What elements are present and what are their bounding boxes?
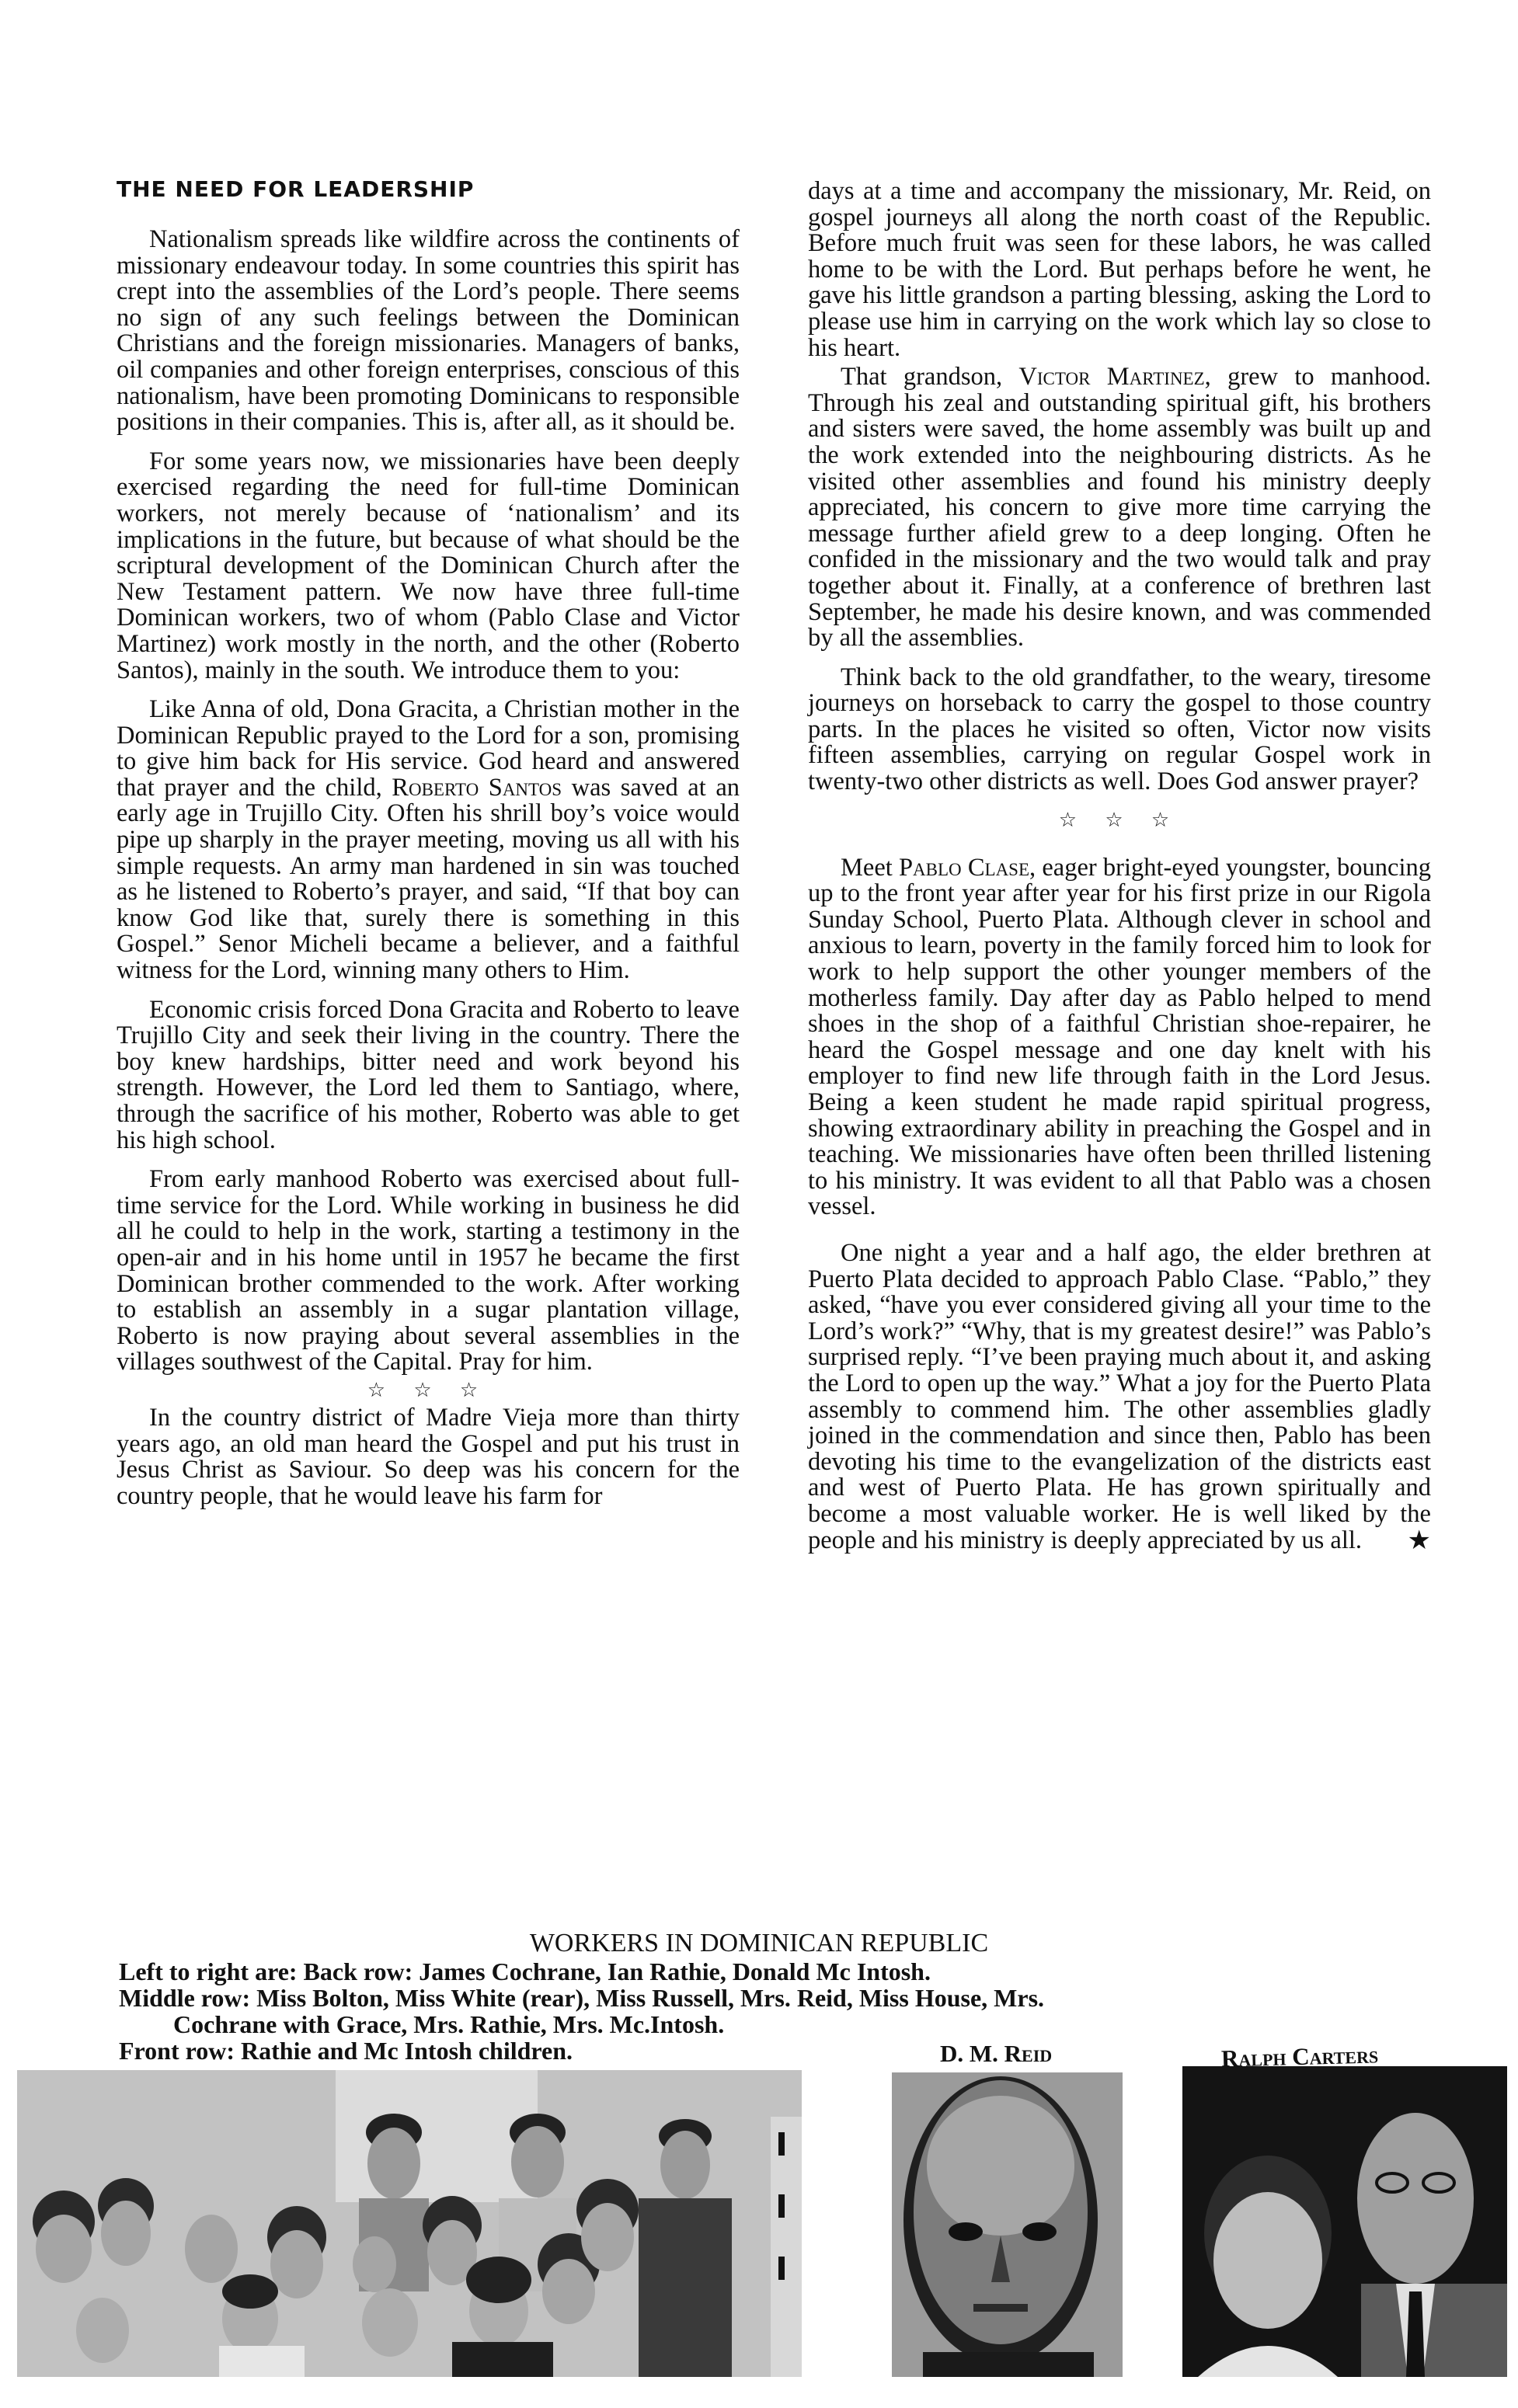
caption-middle-row: Middle row: Miss Bolton, Miss White (rea…: [119, 1985, 1362, 2011]
paragraph-pablo-commendation: One night a year and a half ago, the eld…: [808, 1241, 1431, 1554]
name-pablo-clase: Pablo Clase: [899, 854, 1029, 882]
photo-caption-title: WORKERS IN DOMINICAN REPUBLIC: [0, 1930, 1518, 1957]
paragraph-think-back: Think back to the old grandfather, to th…: [808, 665, 1431, 795]
paragraph-economic-crisis: Economic crisis forced Dona Gracita and …: [117, 997, 740, 1154]
paragraph-nationalism: Nationalism spreads like wildfire across…: [117, 227, 740, 436]
right-column: days at a time and accompany the mission…: [808, 179, 1431, 1567]
name-victor-martinez: Victor Martinez: [1018, 363, 1204, 391]
article-heading: THE NEED FOR LEADERSHIP: [117, 179, 740, 200]
left-column: THE NEED FOR LEADERSHIP Nationalism spre…: [117, 179, 740, 1522]
caption-front-row: Front row: Rathie and Mc Intosh children…: [119, 2037, 1362, 2064]
caption-middle-row-continued: Cochrane with Grace, Mrs. Rathie, Mrs. M…: [119, 2011, 1362, 2037]
portrait-reid-illustration: [892, 2072, 1123, 2377]
portrait-photo-ralph-carters: [1182, 2066, 1507, 2377]
section-separator-stars: ☆ ☆ ☆: [808, 809, 1431, 832]
group-photo-illustration: [17, 2070, 802, 2377]
portrait-carters-illustration: [1182, 2066, 1507, 2377]
photo-label-reid: D. M. Reid: [940, 2040, 1052, 2068]
paragraph-pablo-clase: Meet Pablo Clase, eager bright-eyed youn…: [808, 855, 1431, 1220]
caption-back-row: Left to right are: Back row: James Cochr…: [119, 1958, 1362, 1985]
paragraph-roberto-childhood: Like Anna of old, Dona Gracita, a Christ…: [117, 697, 740, 984]
paragraph-madre-vieja: In the country district of Madre Vieja m…: [117, 1405, 740, 1509]
photo-caption: Left to right are: Back row: James Cochr…: [119, 1958, 1362, 2064]
name-roberto-santos: Roberto Santos: [392, 774, 562, 802]
group-photo-workers: [17, 2070, 802, 2377]
paragraph-grandfather-journeys: days at a time and accompany the mission…: [808, 179, 1431, 361]
paragraph-missionaries-exercised: For some years now, we missionaries have…: [117, 449, 740, 684]
paragraph-victor-martinez: That grandson, Victor Martinez, grew to …: [808, 364, 1431, 652]
section-separator-stars: ☆ ☆ ☆: [117, 1379, 740, 1402]
portrait-photo-d-m-reid: [892, 2072, 1123, 2377]
end-of-article-star-icon: ★: [1375, 1528, 1431, 1554]
paragraph-roberto-manhood: From early manhood Roberto was exercised…: [117, 1167, 740, 1376]
